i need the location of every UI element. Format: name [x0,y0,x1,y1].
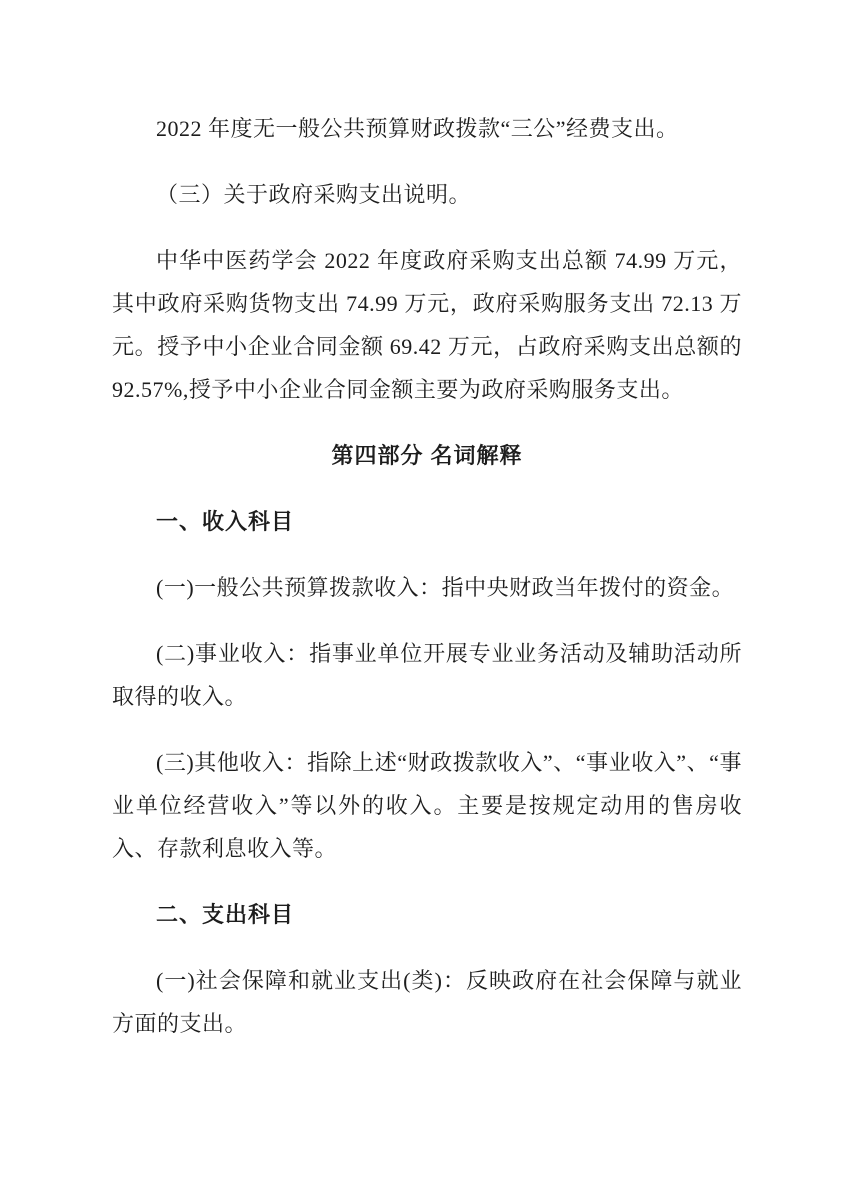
paragraph-procurement-note-title: （三）关于政府采购支出说明。 [112,173,742,216]
section-title-part4: 第四部分 名词解释 [112,434,742,477]
paragraph-income-def-1: (一)一般公共预算拨款收入：指中央财政当年拨付的资金。 [112,566,742,609]
subheading-expense-subjects: 二、支出科目 [112,893,742,936]
paragraph-income-def-2: (二)事业收入：指事业单位开展专业业务活动及辅助活动所取得的收入。 [112,632,742,718]
paragraph-income-def-3: (三)其他收入：指除上述“财政拨款收入”、“事业收入”、“事业单位经营收入”等以… [112,741,742,870]
paragraph-procurement-detail: 中华中医药学会 2022 年度政府采购支出总额 74.99 万元，其中政府采购货… [112,239,742,411]
document-page: 2022 年度无一般公共预算财政拨款“三公”经费支出。 （三）关于政府采购支出说… [0,0,848,1200]
paragraph-no-three-public-expense: 2022 年度无一般公共预算财政拨款“三公”经费支出。 [112,107,742,150]
subheading-income-subjects: 一、收入科目 [112,500,742,543]
paragraph-expense-def-1: (一)社会保障和就业支出(类)：反映政府在社会保障与就业方面的支出。 [112,959,742,1045]
